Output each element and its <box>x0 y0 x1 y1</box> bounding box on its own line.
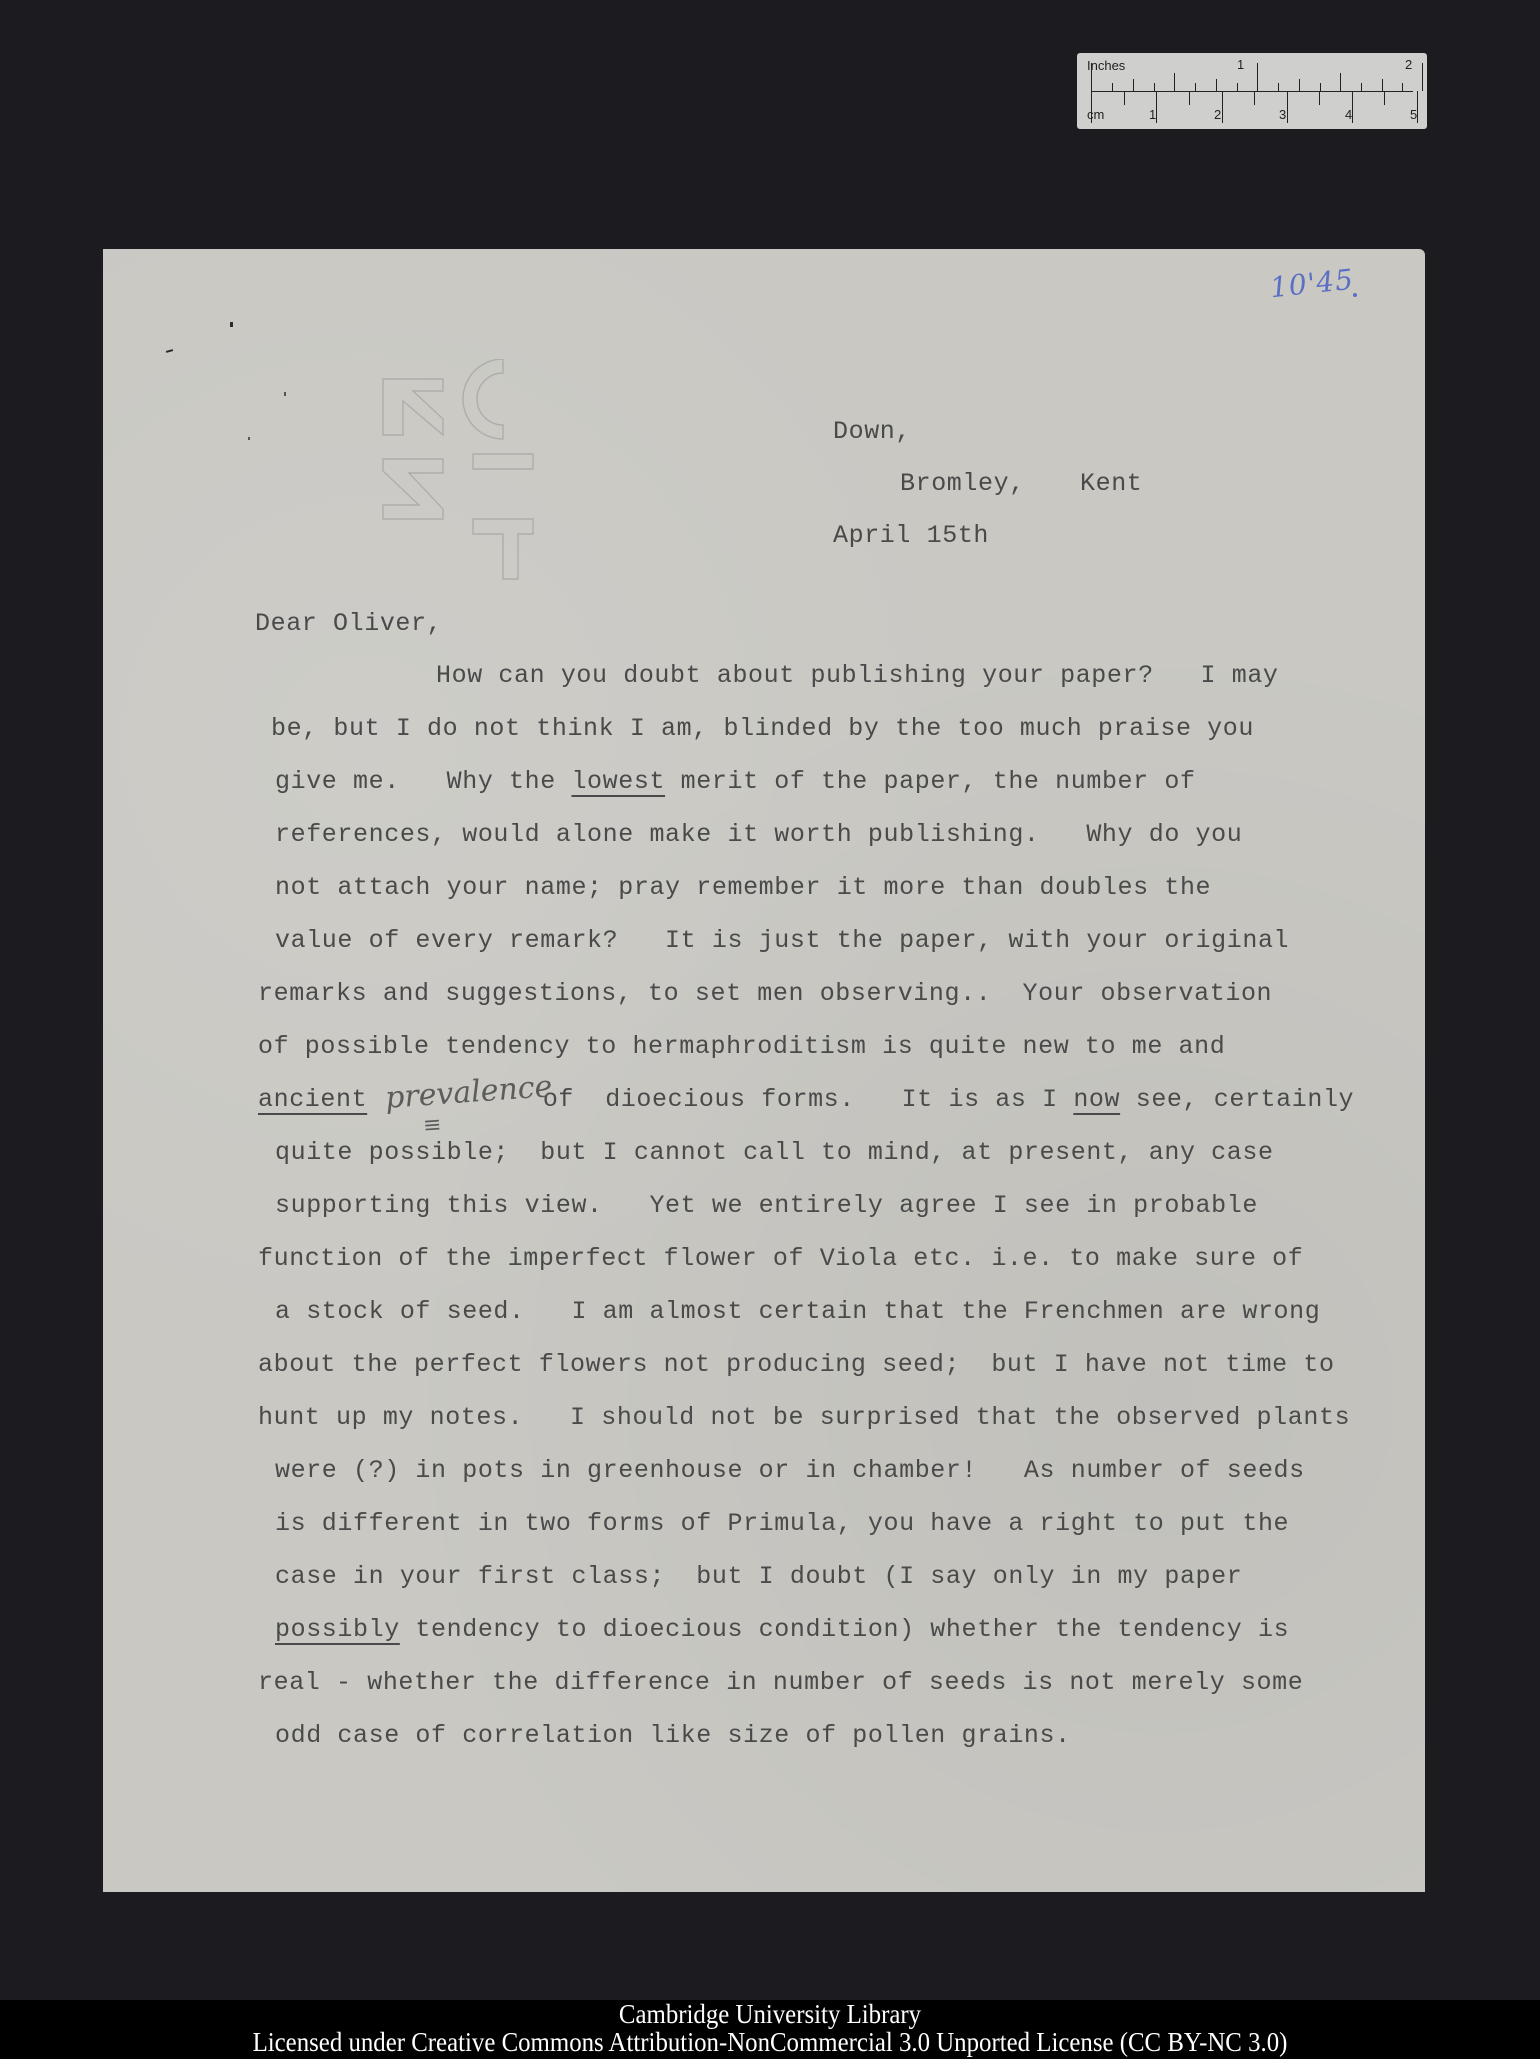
speck <box>166 349 173 353</box>
body-line: How can you doubt about publishing your … <box>436 661 1279 690</box>
address-line-1: Down, <box>833 417 911 446</box>
body-line: value of every remark? It is just the pa… <box>275 926 1289 955</box>
body-line: real - whether the difference in number … <box>258 1668 1303 1697</box>
scale-ruler: Inches cm 1 2 1 2 3 4 5 <box>1077 53 1427 129</box>
ruler-cm-mark: 3 <box>1279 107 1286 122</box>
body-line: be, but I do not think I am, blinded by … <box>271 714 1254 743</box>
catalog-dot <box>1353 293 1357 297</box>
body-line: hunt up my notes. I should not be surpri… <box>258 1403 1350 1432</box>
institution-credit: Cambridge University Library <box>62 2000 1479 2028</box>
address-place: Bromley, <box>900 469 1025 498</box>
underlined-word: now <box>1073 1085 1120 1114</box>
body-line: is different in two forms of Primula, yo… <box>275 1509 1289 1538</box>
body-line: not attach your name; pray remember it m… <box>275 873 1211 902</box>
catalog-number-annotation: 10'45 <box>1269 263 1356 305</box>
body-line: give me. Why the lowest merit of the pap… <box>275 767 1196 796</box>
speck <box>248 437 250 440</box>
ruler-inches-label: Inches <box>1087 58 1125 73</box>
ruler-cm-label: cm <box>1087 107 1104 122</box>
ruler-inch-mark: 2 <box>1405 57 1412 72</box>
insertion-caret-mark: ≡ <box>422 1112 442 1138</box>
underlined-word: lowest <box>571 767 665 796</box>
ruler-baseline <box>1091 91 1413 92</box>
underlined-word: ancient <box>258 1085 367 1114</box>
letter-date: April 15th <box>833 521 989 550</box>
credit-footer: Cambridge University Library Licensed un… <box>0 2000 1540 2059</box>
body-line: quite possible; but I cannot call to min… <box>275 1138 1274 1167</box>
body-line: about the perfect flowers not producing … <box>258 1350 1335 1379</box>
ruler-cm-mark: 2 <box>1214 107 1221 122</box>
speck <box>230 322 233 327</box>
speck <box>284 392 286 396</box>
address-county: Kent <box>1080 469 1142 498</box>
body-line: supporting this view. Yet we entirely ag… <box>275 1191 1258 1220</box>
body-line: case in your first class; but I doubt (I… <box>275 1562 1242 1591</box>
body-line: function of the imperfect flower of Viol… <box>258 1244 1303 1273</box>
ruler-inch-mark: 1 <box>1237 57 1244 72</box>
underlined-word: possibly <box>275 1615 400 1644</box>
body-line: a stock of seed. I am almost certain tha… <box>275 1297 1320 1326</box>
body-line: remarks and suggestions, to set men obse… <box>258 979 1272 1008</box>
body-line: were (?) in pots in greenhouse or in cha… <box>275 1456 1305 1485</box>
body-line: of possible tendency to hermaphroditism … <box>258 1032 1225 1061</box>
body-line: references, would alone make it worth pu… <box>275 820 1242 849</box>
license-credit: Licensed under Creative Commons Attribut… <box>62 2028 1479 2056</box>
letter-page: 10'45 Down, Bromley, Kent April 15th Dea… <box>103 249 1425 1892</box>
body-line: possibly tendency to dioecious condition… <box>275 1615 1289 1644</box>
body-line: odd case of correlation like size of pol… <box>275 1721 1071 1750</box>
salutation: Dear Oliver, <box>255 609 442 638</box>
